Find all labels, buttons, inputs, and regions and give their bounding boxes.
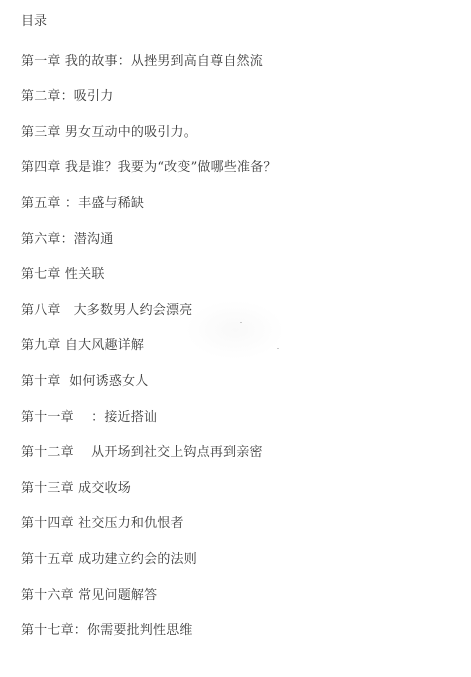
chapter-item-4: 第四章 我是谁？我要为“改变”做哪些准备？ [21, 158, 471, 178]
chapter-label: 第一章 我的故事：从挫男到高自尊自然流 [21, 54, 263, 69]
chapter-item-14: 第十四章 社交压力和仇恨者 [21, 514, 471, 534]
chapter-item-11: 第十一章 ：接近搭讪 [21, 408, 471, 428]
chapter-label: 第四章 我是谁？我要为“改变”做哪些准备？ [21, 160, 277, 175]
chapter-item-2: 第二章：吸引力 [21, 87, 471, 107]
chapter-item-1: 第一章 我的故事：从挫男到高自尊自然流 [21, 52, 471, 72]
chapter-label: 第十四章 社交压力和仇恨者 [21, 516, 184, 531]
chapter-label: 第十七章：你需要批判性思维 [21, 623, 193, 638]
chapter-item-17: 第十七章：你需要批判性思维 [21, 621, 471, 641]
chapter-item-13: 第十三章 成交收场 [21, 479, 471, 499]
chapter-item-3: 第三章 男女互动中的吸引力。 [21, 123, 471, 143]
chapter-label: 第六章：潜沟通 [21, 232, 113, 247]
chapter-label: 第十三章 成交收场 [21, 481, 131, 496]
chapter-item-6: 第六章：潜沟通 [21, 230, 471, 250]
toc-title: 目录 [21, 12, 471, 32]
chapter-item-8: 第八章 大多数男人约会漂亮 [21, 301, 471, 321]
chapter-item-10: 第十章 如何诱惑女人 [21, 372, 471, 392]
chapter-label: 第十五章 成功建立约会的法则 [21, 552, 197, 567]
table-of-contents: 目录 第一章 我的故事：从挫男到高自尊自然流 第二章：吸引力 第三章 男女互动中… [21, 12, 471, 657]
chapter-item-7: 第七章 性关联 [21, 265, 471, 285]
chapter-label: 第八章 大多数男人约会漂亮 [21, 303, 192, 318]
chapter-item-9: 第九章 自大风趣详解 [21, 336, 471, 356]
chapter-label: 第二章：吸引力 [21, 89, 113, 104]
chapter-label: 第十二章 从开场到社交上钩点再到亲密 [21, 445, 263, 460]
chapter-item-16: 第十六章 常见问题解答 [21, 586, 471, 606]
chapter-label: 第九章 自大风趣详解 [21, 338, 144, 353]
chapter-label: 第十六章 常见问题解答 [21, 588, 157, 603]
chapter-item-15: 第十五章 成功建立约会的法则 [21, 550, 471, 570]
chapter-label: 第十章 如何诱惑女人 [21, 374, 148, 389]
chapter-item-12: 第十二章 从开场到社交上钩点再到亲密 [21, 443, 471, 463]
chapter-label: 第五章 ：丰盛与稀缺 [21, 196, 144, 211]
chapter-label: 第七章 性关联 [21, 267, 105, 282]
chapter-item-5: 第五章 ：丰盛与稀缺 [21, 194, 471, 214]
chapter-list: 第一章 我的故事：从挫男到高自尊自然流 第二章：吸引力 第三章 男女互动中的吸引… [21, 52, 471, 642]
chapter-label: 第十一章 ：接近搭讪 [21, 410, 157, 425]
chapter-label: 第三章 男女互动中的吸引力。 [21, 125, 197, 140]
